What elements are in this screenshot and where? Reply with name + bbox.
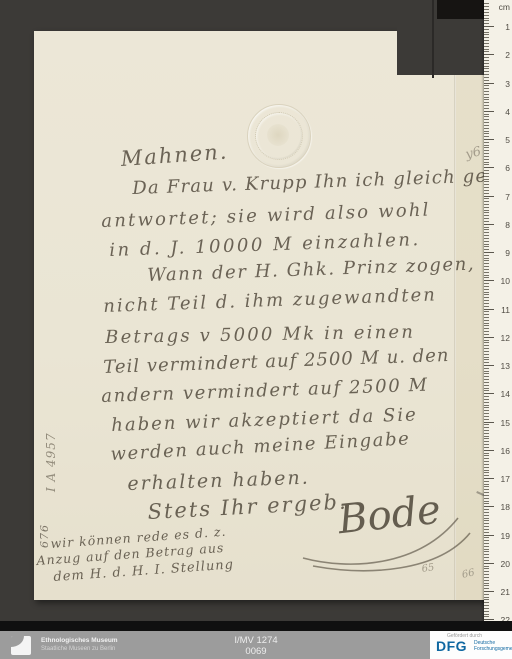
ruler-mm-tick <box>484 88 489 89</box>
ruler-cm-tick <box>484 506 494 507</box>
ruler-mm-tick <box>484 108 489 109</box>
ruler-mm-tick <box>484 334 489 335</box>
funder-name: Deutsche Forschungsgemeinschaft <box>474 640 512 652</box>
ruler-mm-tick <box>484 580 489 581</box>
ruler-mm-tick <box>484 351 489 352</box>
ruler-mm-tick <box>484 46 489 47</box>
ruler-mm-tick <box>484 122 489 123</box>
ruler-mm-tick <box>484 520 489 521</box>
ruler-mm-tick <box>484 518 489 519</box>
ruler-mm-tick <box>484 461 489 462</box>
ruler-mm-tick <box>484 311 489 312</box>
ruler-mm-tick <box>484 314 489 315</box>
ruler-mm-tick <box>484 77 489 78</box>
ruler-mm-tick <box>484 427 489 428</box>
ruler-mm-tick <box>484 128 489 129</box>
ruler-mm-tick <box>484 526 489 527</box>
ruler-cm-tick <box>484 111 494 112</box>
ruler-mm-tick <box>484 229 489 230</box>
ruler-mm-tick <box>484 368 489 369</box>
ruler-mm-tick <box>484 49 489 50</box>
ruler-cm-tick <box>484 280 494 281</box>
ruler-mm-tick <box>484 568 489 569</box>
ruler-cm-tick <box>484 26 494 27</box>
ruler-mm-tick <box>484 433 489 434</box>
ruler-number: 1 <box>496 22 510 32</box>
ruler-cm-tick <box>484 365 494 366</box>
ruler-mm-tick <box>484 614 489 615</box>
ruler-mm-tick <box>484 12 489 13</box>
ruler-mm-tick <box>484 340 489 341</box>
ruler-mm-tick <box>484 74 489 75</box>
ruler-mm-tick <box>484 198 489 199</box>
ruler-cm-tick <box>484 591 494 592</box>
ruler-mm-tick <box>484 235 489 236</box>
ruler-mm-tick <box>484 405 489 406</box>
ruler-mm-tick <box>484 594 489 595</box>
ruler-mm-tick <box>484 441 489 442</box>
ruler-mm-tick <box>484 102 489 103</box>
ruler-mm-tick <box>484 114 489 115</box>
ruler-mm-tick <box>484 501 489 502</box>
ruler-mm-tick <box>484 131 489 132</box>
ruler-mm-tick <box>484 218 489 219</box>
ruler-mm-tick <box>484 515 489 516</box>
ruler-number: 17 <box>496 474 510 484</box>
ruler-mm-tick <box>484 458 489 459</box>
ruler-mm-tick <box>484 125 489 126</box>
ruler-mm-tick <box>484 430 489 431</box>
ruler-number: 19 <box>496 531 510 541</box>
ruler-mm-tick <box>484 277 489 278</box>
ruler-mm-tick <box>484 453 489 454</box>
ruler-cm-tick <box>484 422 494 423</box>
ruler-mm-tick <box>484 390 489 391</box>
ruler-mm-tick <box>484 246 489 247</box>
ruler-number: 14 <box>496 389 510 399</box>
ruler-mm-tick <box>484 354 489 355</box>
ruler-mm-tick <box>484 475 489 476</box>
ruler-mm-tick <box>484 438 489 439</box>
ruler-mm-tick <box>484 99 489 100</box>
ruler-mm-tick <box>484 71 489 72</box>
ruler-mm-tick <box>484 18 489 19</box>
ruler-mm-tick <box>484 317 489 318</box>
ruler-mm-tick <box>484 413 489 414</box>
ruler-mm-tick <box>484 416 489 417</box>
ruler-mm-tick <box>484 266 489 267</box>
ruler-mm-tick <box>484 60 489 61</box>
ruler-mm-tick <box>484 23 489 24</box>
ruler-mm-tick <box>484 484 489 485</box>
ruler-mm-tick <box>484 588 489 589</box>
ruler-number: 12 <box>496 333 510 343</box>
ruler-number: 11 <box>496 305 510 315</box>
ruler-mm-tick <box>484 204 489 205</box>
ruler-mm-tick <box>484 207 489 208</box>
ruler-mm-tick <box>484 164 489 165</box>
dfg-logo: DFG <box>436 638 467 654</box>
ruler-number: 5 <box>496 135 510 145</box>
ruler-mm-tick <box>484 201 489 202</box>
ruler-mm-tick <box>484 145 489 146</box>
ruler-mm-tick <box>484 551 489 552</box>
ruler-number: 16 <box>496 446 510 456</box>
ruler-cm-tick <box>484 563 494 564</box>
pencil-folio-65: 65 <box>421 562 435 575</box>
ruler-number: 20 <box>496 559 510 569</box>
dfg-funding-block: Gefördert durch DFG Deutsche Forschungsg… <box>430 631 512 659</box>
ruler-mm-tick <box>484 303 489 304</box>
ruler-mm-tick <box>484 359 489 360</box>
ruler-number: 15 <box>496 418 510 428</box>
ruler-mm-tick <box>484 320 489 321</box>
ruler-mm-tick <box>484 388 489 389</box>
ruler-mm-tick <box>484 495 489 496</box>
embossed-seal <box>247 104 311 168</box>
ruler-mm-tick <box>484 190 489 191</box>
ruler-mm-tick <box>484 560 489 561</box>
ruler-mm-tick <box>484 6 489 7</box>
ruler-mm-tick <box>484 173 489 174</box>
ruler-mm-tick <box>484 43 489 44</box>
ruler-mm-tick <box>484 193 489 194</box>
ruler-mm-tick <box>484 153 489 154</box>
ruler-mm-tick <box>484 210 489 211</box>
ruler-mm-tick <box>484 97 489 98</box>
ruler-mm-tick <box>484 57 489 58</box>
ruler-mm-tick <box>484 486 489 487</box>
ruler-number: 7 <box>496 192 510 202</box>
ruler-mm-tick <box>484 289 489 290</box>
ruler-mm-tick <box>484 181 489 182</box>
ruler-mm-tick <box>484 40 489 41</box>
ruler-number: 10 <box>496 276 510 286</box>
ruler-mm-tick <box>484 373 489 374</box>
ruler-mm-tick <box>484 512 489 513</box>
cm-ruler: cm 12345678910111213141516171819202122 <box>484 0 512 624</box>
ruler-mm-tick <box>484 292 489 293</box>
ruler-mm-tick <box>484 379 489 380</box>
ruler-mm-tick <box>484 529 489 530</box>
ruler-mm-tick <box>484 244 489 245</box>
ruler-mm-tick <box>484 238 489 239</box>
ruler-number: 9 <box>496 248 510 258</box>
ruler-mm-tick <box>484 540 489 541</box>
ruler-mm-tick <box>484 34 489 35</box>
ruler-mm-tick <box>484 63 489 64</box>
ruler-mm-tick <box>484 179 489 180</box>
bar-divider <box>0 621 512 631</box>
ruler-mm-tick <box>484 362 489 363</box>
ruler-mm-tick <box>484 464 489 465</box>
ruler-mm-tick <box>484 156 489 157</box>
ruler-mm-tick <box>484 85 489 86</box>
background-black-block <box>437 0 490 19</box>
ruler-mm-tick <box>484 407 489 408</box>
ruler-mm-tick <box>484 498 489 499</box>
ruler-mm-tick <box>484 51 489 52</box>
ruler-mm-tick <box>484 489 489 490</box>
ruler-mm-tick <box>484 105 489 106</box>
ruler-mm-tick <box>484 566 489 567</box>
ruler-mm-tick <box>484 357 489 358</box>
ruler-mm-tick <box>484 297 489 298</box>
ruler-mm-tick <box>484 424 489 425</box>
ruler-mm-tick <box>484 260 489 261</box>
ruler-mm-tick <box>484 616 489 617</box>
ruler-mm-tick <box>484 325 489 326</box>
ruler-mm-tick <box>484 9 489 10</box>
ruler-mm-tick <box>484 272 489 273</box>
inventory-number-vertical: I A 4957 <box>44 432 58 492</box>
ruler-mm-tick <box>484 286 489 287</box>
ruler-mm-tick <box>484 503 489 504</box>
ruler-mm-tick <box>484 147 489 148</box>
ruler-mm-tick <box>484 3 489 4</box>
ruler-mm-tick <box>484 549 489 550</box>
ruler-mm-tick <box>484 577 489 578</box>
ruler-mm-tick <box>484 241 489 242</box>
ruler-mm-tick <box>484 269 489 270</box>
ruler-mm-tick <box>484 602 489 603</box>
ruler-mm-tick <box>484 300 489 301</box>
ruler-mm-tick <box>484 455 489 456</box>
ruler-number: 3 <box>496 79 510 89</box>
ruler-mm-tick <box>484 554 489 555</box>
ruler-mm-tick <box>484 328 489 329</box>
ruler-mm-tick <box>484 331 489 332</box>
ruler-cm-tick <box>484 224 494 225</box>
ruler-mm-tick <box>484 187 489 188</box>
ruler-mm-tick <box>484 176 489 177</box>
ruler-mm-tick <box>484 68 489 69</box>
ruler-mm-tick <box>484 399 489 400</box>
ruler-number: 13 <box>496 361 510 371</box>
ruler-mm-tick <box>484 142 489 143</box>
ruler-mm-tick <box>484 546 489 547</box>
ruler-mm-tick <box>484 170 489 171</box>
ruler-cm-tick <box>484 139 494 140</box>
ruler-mm-tick <box>484 585 489 586</box>
ruler-mm-tick <box>484 116 489 117</box>
ruler-mm-tick <box>484 396 489 397</box>
embossed-seal-center <box>267 124 289 146</box>
ruler-mm-tick <box>484 436 489 437</box>
ruler-mm-tick <box>484 523 489 524</box>
ruler-mm-tick <box>484 150 489 151</box>
ruler-mm-tick <box>484 184 489 185</box>
ruler-mm-tick <box>484 66 489 67</box>
ruler-cm-tick <box>484 167 494 168</box>
ruler-mm-tick <box>484 232 489 233</box>
ruler-number: 4 <box>496 107 510 117</box>
ruler-cm-tick <box>484 393 494 394</box>
ruler-mm-tick <box>484 371 489 372</box>
ruler-mm-tick <box>484 557 489 558</box>
ruler-mm-tick <box>484 419 489 420</box>
ruler-mm-tick <box>484 402 489 403</box>
ruler-mm-tick <box>484 32 489 33</box>
ruler-mm-tick <box>484 227 489 228</box>
ruler-mm-tick <box>484 91 489 92</box>
ruler-mm-tick <box>484 29 489 30</box>
ruler-mm-tick <box>484 94 489 95</box>
scan-viewport: Mahnen.Da Frau v. Krupp Ihn ich gleich g… <box>0 0 512 659</box>
ruler-mm-tick <box>484 119 489 120</box>
ruler-mm-tick <box>484 410 489 411</box>
ruler-cm-tick <box>484 83 494 84</box>
ruler-mm-tick <box>484 571 489 572</box>
ruler-mm-tick <box>484 574 489 575</box>
ruler-mm-tick <box>484 599 489 600</box>
ruler-mm-tick <box>484 348 489 349</box>
ruler-mm-tick <box>484 80 489 81</box>
ruler-mm-tick <box>484 492 489 493</box>
ruler-mm-tick <box>484 342 489 343</box>
ruler-number: 2 <box>496 50 510 60</box>
ruler-mm-tick <box>484 583 489 584</box>
ruler-mm-tick <box>484 215 489 216</box>
ruler-mm-tick <box>484 376 489 377</box>
ruler-mm-tick <box>484 472 489 473</box>
ruler-mm-tick <box>484 382 489 383</box>
ruler-mm-tick <box>484 136 489 137</box>
ruler-cm-tick <box>484 478 494 479</box>
ruler-mm-tick <box>484 611 489 612</box>
ruler-unit-label: cm <box>495 2 510 12</box>
ruler-mm-tick <box>484 294 489 295</box>
ruler-cm-tick <box>484 196 494 197</box>
ruler-mm-tick <box>484 133 489 134</box>
ruler-mm-tick <box>484 543 489 544</box>
ruler-mm-tick <box>484 608 489 609</box>
ruler-mm-tick <box>484 385 489 386</box>
ruler-mm-tick <box>484 323 489 324</box>
ruler-mm-tick <box>484 263 489 264</box>
ruler-cm-tick <box>484 450 494 451</box>
ruler-mm-tick <box>484 447 489 448</box>
ruler-cm-tick <box>484 535 494 536</box>
ruler-mm-tick <box>484 20 489 21</box>
ruler-mm-tick <box>484 509 489 510</box>
ruler-cm-tick <box>484 54 494 55</box>
ruler-mm-tick <box>484 255 489 256</box>
ruler-mm-tick <box>484 467 489 468</box>
ruler-mm-tick <box>484 162 489 163</box>
ruler-mm-tick <box>484 249 489 250</box>
ruler-mm-tick <box>484 537 489 538</box>
ruler-cm-tick <box>484 337 494 338</box>
ruler-mm-tick <box>484 37 489 38</box>
ruler-mm-tick <box>484 275 489 276</box>
ruler-mm-tick <box>484 597 489 598</box>
ruler-number: 21 <box>496 587 510 597</box>
ruler-mm-tick <box>484 444 489 445</box>
ruler-mm-tick <box>484 345 489 346</box>
ruler-mm-tick <box>484 283 489 284</box>
ruler-cm-tick <box>484 309 494 310</box>
page-number-vertical: 676 <box>38 524 51 548</box>
ruler-mm-tick <box>484 470 489 471</box>
ruler-number: 8 <box>496 220 510 230</box>
ruler-mm-tick <box>484 221 489 222</box>
ruler-mm-tick <box>484 306 489 307</box>
background-edge-line <box>432 0 434 78</box>
ruler-cm-tick <box>484 252 494 253</box>
ruler-number: 6 <box>496 163 510 173</box>
ruler-mm-tick <box>484 212 489 213</box>
ruler-mm-tick <box>484 481 489 482</box>
ruler-number: 18 <box>496 502 510 512</box>
funder-name-line2: Forschungsgemeinschaft <box>474 646 512 652</box>
ruler-mm-tick <box>484 605 489 606</box>
ruler-mm-tick <box>484 532 489 533</box>
ruler-mm-tick <box>484 258 489 259</box>
ruler-mm-tick <box>484 15 489 16</box>
ruler-mm-tick <box>484 159 489 160</box>
